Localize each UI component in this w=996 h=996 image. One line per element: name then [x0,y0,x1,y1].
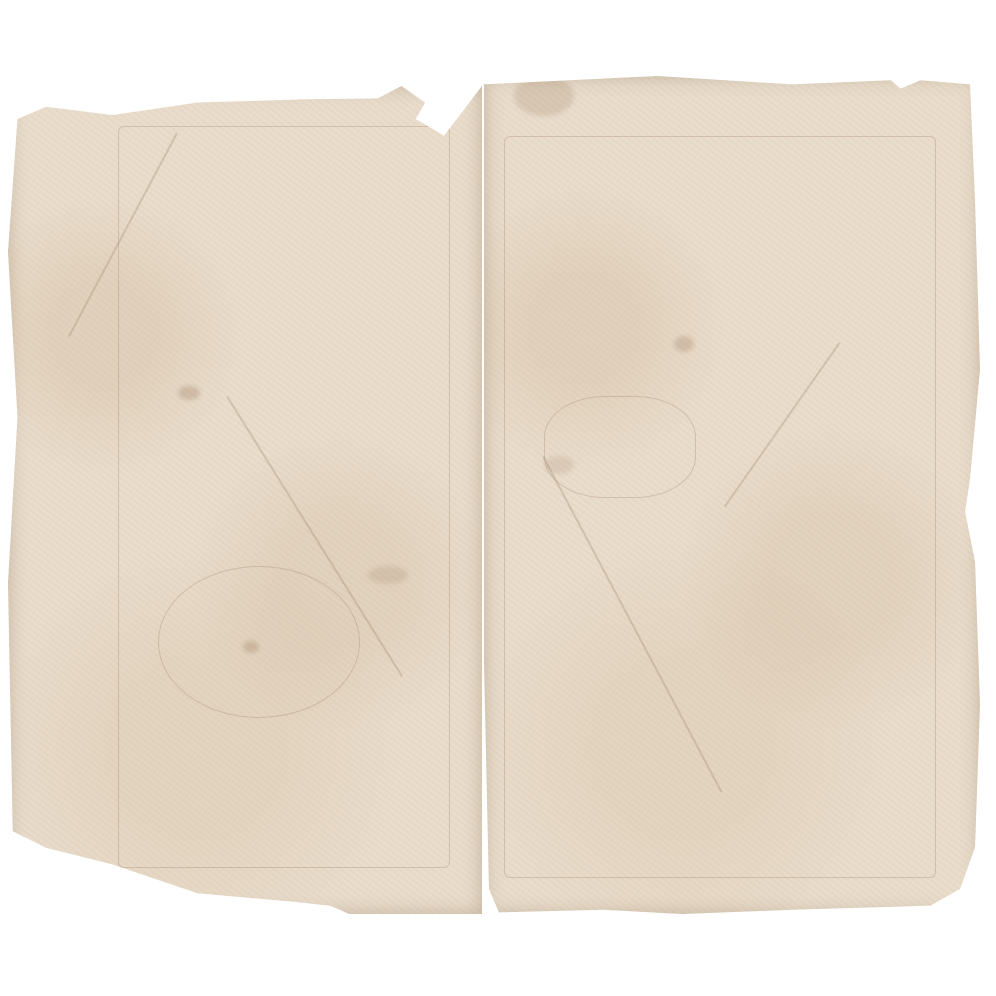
photo-background [0,0,996,996]
paper-right-half [484,76,980,914]
faint-printed-border [118,126,450,868]
stain [514,76,574,116]
stain [178,386,200,400]
faint-seal-impression [158,566,360,718]
stain [674,336,694,352]
paper-left-half [8,86,482,914]
stain [368,566,408,584]
faint-seal-impression [544,396,696,498]
